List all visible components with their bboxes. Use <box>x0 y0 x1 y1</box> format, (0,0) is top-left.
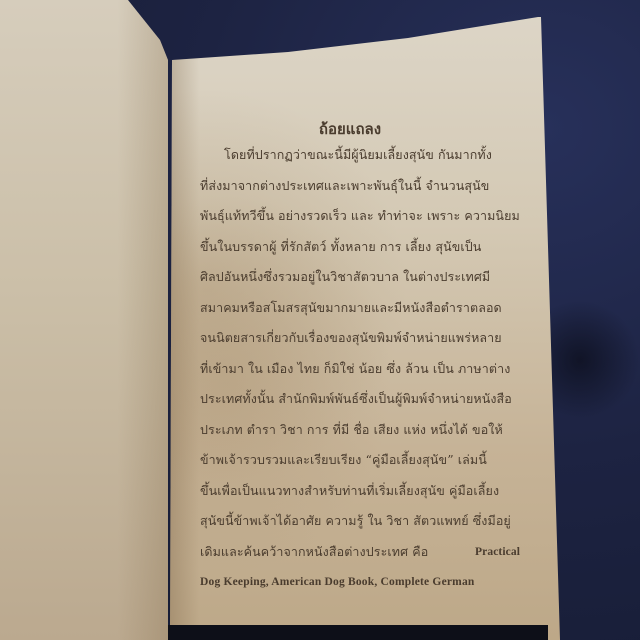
text-line: ประเภท ตำรา วิชา การ ที่มี ชื่อ เสียง แห… <box>200 415 520 446</box>
text-line: สมาคมหรือสโมสรสุนัขมากมายและมีหนังสือตำร… <box>200 293 520 324</box>
text-line: ที่ส่งมาจากต่างประเทศและเพาะพันธุ์ในนี้ … <box>200 171 520 202</box>
text-line-with-english: เดิมและค้นคว้าจากหนังสือต่างประเทศ คือ P… <box>200 537 520 568</box>
text-line: ข้าพเจ้ารวบรวมและเรียบเรียง “คู่มือเลี้ย… <box>200 445 520 476</box>
text-line: พันธุ์แท้ทวีขึ้น อย่างรวดเร็ว และ ทำท่าจ… <box>200 201 520 232</box>
text-line: เดิมและค้นคว้าจากหนังสือต่างประเทศ คือ <box>200 544 428 559</box>
page-heading: ถ้อยแถลง <box>180 118 520 140</box>
text-line: ศิลปอันหนึ่งซึ่งรวมอยู่ในวิชาสัตวบาล ในต… <box>200 262 520 293</box>
left-page <box>0 0 168 640</box>
english-book-titles-line: Dog Keeping, American Dog Book, Complete… <box>200 567 520 598</box>
text-line: สุนัขนี้ข้าพเจ้าได้อาศัย ความรู้ ใน วิชา… <box>200 506 520 537</box>
text-line: ขึ้นเพื่อเป็นแนวทางสำหรับท่านที่เริ่มเลี… <box>200 476 520 507</box>
text-line: ที่เข้ามา ใน เมือง ไทย ก็มิใช่ น้อย ซึ่ง… <box>200 354 520 385</box>
text-line: ประเทศทั้งนั้น สำนักพิมพ์พันธ์ซึ่งเป็นผู… <box>200 384 520 415</box>
english-inline-text: Practical <box>475 537 520 568</box>
page-text: ถ้อยแถลง โดยที่ปรากฏว่าขณะนี้มีผู้นิยมเล… <box>200 118 520 598</box>
text-line: ขึ้นในบรรดาผู้ ที่รักสัตว์ ทั้งหลาย การ … <box>200 232 520 263</box>
page-bottom-shadow <box>168 625 548 640</box>
text-line: จนนิตยสารเกี่ยวกับเรื่องของสุนัขพิมพ์จำห… <box>200 323 520 354</box>
text-line: โดยที่ปรากฏว่าขณะนี้มีผู้นิยมเลี้ยงสุนัข… <box>200 140 520 171</box>
cloth-fold-shadow <box>540 300 640 420</box>
